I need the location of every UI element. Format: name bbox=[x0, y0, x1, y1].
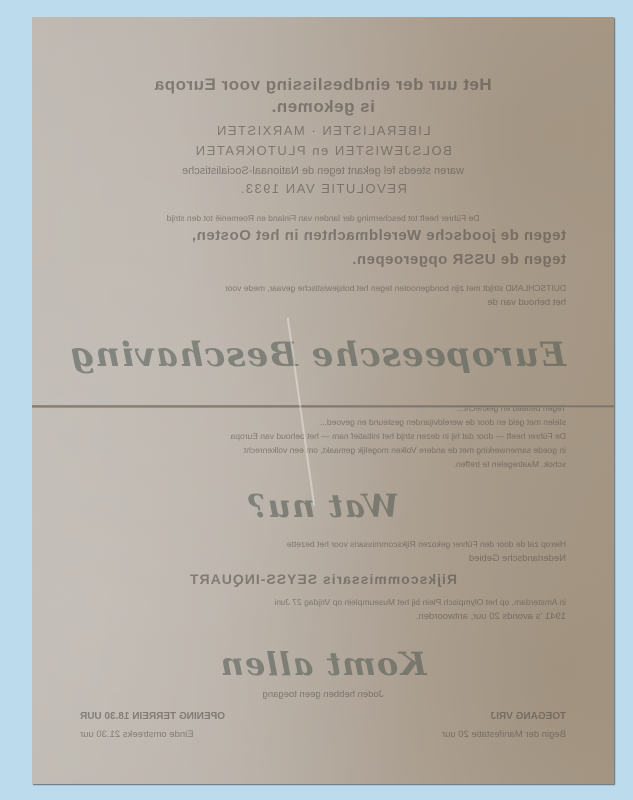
paragraph-4d: in goede samenwerking met de andere Volk… bbox=[80, 445, 566, 455]
bold-line-1: tegen de joodsche Wereldmachten in het O… bbox=[80, 227, 566, 244]
paragraph-2: De Führer heeft tot bescherming der land… bbox=[80, 213, 566, 223]
script-title: Europeesche Beschaving bbox=[80, 335, 566, 375]
paragraph-4b: stelen met geld en door de wereldvijande… bbox=[80, 417, 566, 427]
paragraph-6a: in Amsterdam, op het Olympisch Plein bij… bbox=[80, 597, 566, 607]
paragraph-4c: De Führer heeft — door dat hij in dezen … bbox=[80, 431, 566, 441]
revolution-line: REVOLUTIE VAN 1933. bbox=[80, 181, 566, 196]
leaflet-paper: Het uur der eindbeslissing voor Europa i… bbox=[32, 17, 614, 784]
bold-line-2: tegen de USSR opgeroepen. bbox=[80, 251, 566, 268]
footer-right-2: Einde omstreeks 21.30 uur bbox=[80, 729, 194, 740]
paragraph-1: waren steeds fel gekant tegen de Nationa… bbox=[80, 165, 566, 177]
paragraph-3: DUITSCHLAND strijdt met zijn bondgenoote… bbox=[80, 283, 566, 293]
footer-left-2: Begin der Manifestatie 20 uur bbox=[442, 729, 566, 740]
groups-line-1: LIBERALISTEN · MARXISTEN bbox=[80, 123, 566, 138]
mirrored-bleed-text: Het uur der eindbeslissing voor Europa i… bbox=[32, 17, 614, 784]
headline-line-1: Het uur der eindbeslissing voor Europa bbox=[80, 75, 566, 95]
footer-row-1: TOEGANG VRIJ OPENING TERREIN 18.30 UUR bbox=[80, 711, 566, 722]
groups-line-2: BOLSJEWISTEN en PLUTOKRATEN bbox=[80, 143, 566, 158]
paragraph-6b: 1941 's avonds 20 uur, antwoorden. bbox=[80, 611, 566, 622]
paper-fold-line bbox=[32, 405, 614, 408]
paragraph-5b: Nederlandsche Gebied bbox=[80, 553, 566, 564]
script-question: Wat nu? bbox=[80, 487, 566, 525]
paragraph-3b: het behoud van de bbox=[80, 297, 566, 308]
footer-row-2: Begin der Manifestatie 20 uur Einde omst… bbox=[80, 729, 566, 740]
paragraph-4e: schok. Maatregelen te treffen. bbox=[80, 459, 566, 469]
script-call: Komt allen bbox=[80, 645, 566, 683]
headline-line-2: is gekomen. bbox=[80, 97, 566, 117]
footer-right-1: OPENING TERREIN 18.30 UUR bbox=[80, 711, 225, 722]
paragraph-5a: Hierop zal de door den Führer gekozen Ri… bbox=[80, 539, 566, 549]
speaker-line: Rijkscommissaris SEYSS-INQUART bbox=[80, 571, 566, 587]
footer-left-1: TOEGANG VRIJ bbox=[491, 711, 566, 722]
note-line: Joden hebben geen toegang bbox=[80, 689, 566, 700]
